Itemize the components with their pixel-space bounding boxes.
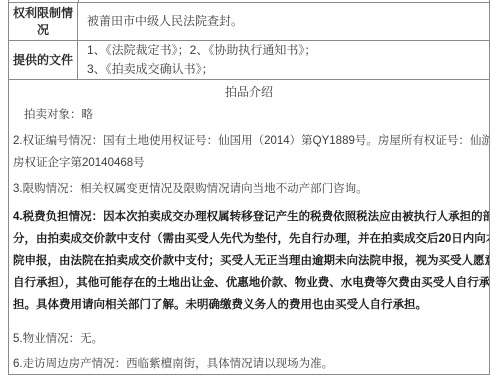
- intro-line-tax-burden-4: 自行承担），其他可能存在的土地出让金、优惠地价款、物业费、水电费等欠费由买受人自…: [9, 272, 489, 294]
- provided-documents-line-1: 1、《法院裁定书》；2、《协助执行通知书》；: [87, 41, 489, 60]
- provided-documents-line-2: 3、《拍卖成交确认书》；: [87, 60, 489, 79]
- intro-line-tax-burden-3: 院申报，由法院在拍卖成交价款中支付；买受人无正当理由逾期未向法院申报，视为买受人…: [9, 250, 489, 272]
- intro-line-tax-burden-1: 4.税费负担情况：因本次拍卖成交办理权属转移登记产生的税费依照税法应由被执行人承…: [9, 206, 489, 228]
- intro-line-certificates-2: 房权证企字第20140468号: [9, 152, 489, 174]
- row-label-provided-documents: 提供的文件: [9, 41, 78, 79]
- auction-item-intro-section: 拍品介绍 拍卖对象：略 2.权证编号情况：国有土地使用权证号：仙国用（2014）…: [9, 80, 489, 375]
- rights-restriction-text: 被莆田市中级人民法院查封。: [87, 12, 489, 31]
- table-row: 权利限制情况 被莆田市中级人民法院查封。: [9, 3, 489, 41]
- intro-line-tax-burden-2: 分，由拍卖成交价款中支付（需由买受人先代为垫付，先自行办理，并在拍卖成交后20日…: [9, 228, 489, 250]
- row-label-rights-restriction: 权利限制情况: [9, 3, 78, 40]
- intro-line-tax-burden-5: 担。具体费用请向相关部门了解。未明确缴费义务人的费用也由买受人自行承担。: [9, 294, 489, 316]
- section-title-auction-item-intro: 拍品介绍: [9, 80, 489, 104]
- row-value-rights-restriction: 被莆田市中级人民法院查封。: [78, 3, 489, 40]
- column-divider: [78, 0, 79, 2]
- row-value-provided-documents: 1、《法院裁定书》；2、《协助执行通知书》； 3、《拍卖成交确认书》；: [78, 41, 489, 79]
- intro-line-auction-object: 拍卖对象：略: [9, 104, 489, 126]
- intro-line-property-mgmt: 5.物业情况：无。: [9, 328, 489, 350]
- table-row: 提供的文件 1、《法院裁定书》；2、《协助执行通知书》； 3、《拍卖成交确认书》…: [9, 41, 489, 80]
- auction-detail-page: 权利限制情况 被莆田市中级人民法院查封。 提供的文件 1、《法院裁定书》；2、《…: [0, 0, 499, 385]
- document-table: 权利限制情况 被莆田市中级人民法院查封。 提供的文件 1、《法院裁定书》；2、《…: [8, 0, 490, 375]
- intro-line-purchase-limit: 3.限购情况：相关权属变更情况及限购情况请向当地不动产部门咨询。: [9, 178, 489, 200]
- intro-line-surroundings: 6.走访周边房产情况：西临紫檀南街，具体情况请以现场为准。: [9, 353, 489, 375]
- cropped-row-remainder: [9, 0, 489, 3]
- intro-line-certificates-1: 2.权证编号情况：国有土地使用权证号：仙国用（2014）第QY1889号。房屋所…: [9, 130, 489, 152]
